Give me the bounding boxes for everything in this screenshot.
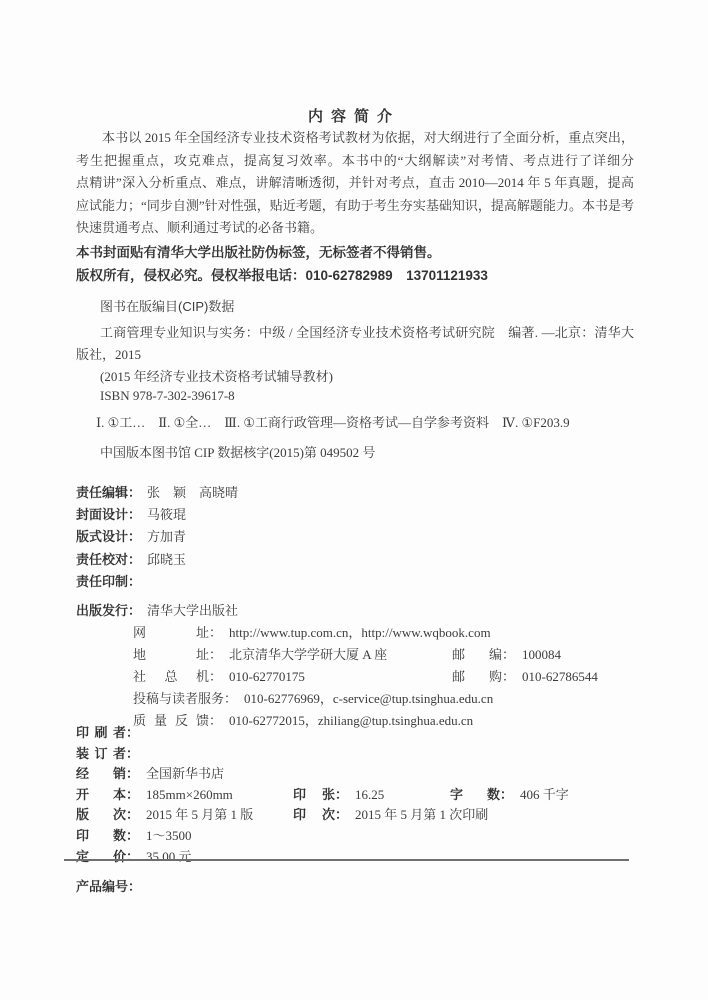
intro-line: 考生把握重点，攻克难点，提高复习效率。本书中的“大纲解读”对考情、考点进行了详细…: [76, 150, 634, 173]
colon: ：: [128, 603, 141, 618]
price-value: 35.00 元: [146, 849, 192, 864]
switchboard-label: 社总机: [133, 666, 209, 685]
colon: ：: [224, 691, 237, 706]
sheets-label: 印张: [293, 784, 335, 803]
staff-row: 责任印制：: [76, 571, 576, 593]
wordcount-label: 字数: [450, 784, 500, 803]
colon: ：: [128, 552, 141, 567]
publisher-name: 清华大学出版社: [147, 603, 238, 618]
cip-title-line: 工商管理专业知识与实务：中级 / 全国经济专业技术资格考试研究院 编著. —北京…: [76, 322, 634, 344]
copyright-line: 版权所有，侵权必究。侵权举报电话：010-62782989 1370112193…: [76, 264, 646, 287]
impression-value: 2015 年 5 月第 1 次印刷: [355, 807, 488, 822]
staff-row: 责任编辑：张 颖 高晓晴: [76, 482, 576, 504]
colon: ：: [126, 746, 139, 761]
printing-row: 印刷者：: [76, 722, 636, 743]
reader-service-value: 010-62776969，c-service@tup.tsinghua.edu.…: [244, 691, 493, 706]
postal-code-label: 邮编: [452, 644, 502, 663]
colon: ：: [126, 807, 139, 822]
cip-classification: Ⅰ. ①工… Ⅱ. ①全… Ⅲ. ①工商行政管理—资格考试—自学参考资料 Ⅳ. …: [76, 412, 634, 434]
product-code: 产品编号：: [76, 876, 141, 895]
publisher-row: 出版发行：清华大学出版社: [76, 600, 636, 622]
copyright-page: 内容简介 本书以 2015 年全国经济专业技术资格考试教材为依据，对大纲进行了全…: [0, 0, 708, 1000]
colon: ：: [128, 485, 141, 500]
publisher-block: 出版发行：清华大学出版社 网址：http://www.tup.com.cn，ht…: [76, 600, 636, 732]
cip-title-line: 版社，2015: [76, 344, 634, 366]
cip-record: 中国版本图书馆 CIP 数据核字(2015)第 049502 号: [76, 442, 634, 464]
publisher-contact-row: 社总机：010-62770175 邮购：010-62786544: [133, 666, 636, 688]
impression-col: 印次：2015 年 5 月第 1 次印刷: [293, 804, 488, 823]
mail-order-label: 邮购: [452, 666, 502, 685]
mail-order-value: 010-62786544: [522, 669, 598, 684]
printing-block: 印刷者： 装订者： 经销：全国新华书店 开本：185mm×260mm 印张：16…: [76, 722, 636, 866]
intro-title: 内容简介: [0, 105, 708, 126]
binder-label: 装订者: [76, 743, 126, 762]
staff-label: 责任校对: [76, 552, 128, 567]
cip-heading: 图书在版编目(CIP)数据: [76, 296, 634, 318]
format-label: 开本: [76, 784, 126, 803]
colon: ：: [128, 507, 141, 522]
address-value: 北京清华大学学研大厦 A 座: [229, 647, 387, 662]
cip-isbn: ISBN 978-7-302-39617-8: [76, 388, 634, 410]
distributor-label: 经销: [76, 763, 126, 782]
wordcount-col: 字数：406 千字: [450, 784, 569, 803]
publisher-contact-row: 投稿与读者服务：010-62776969，c-service@tup.tsing…: [133, 688, 636, 710]
colon: ：: [128, 574, 141, 589]
colon: ：: [126, 725, 139, 740]
colon: ：: [126, 828, 139, 843]
colon: ：: [335, 787, 348, 802]
impression-label: 印次: [293, 804, 335, 823]
sheets-value: 16.25: [355, 787, 384, 802]
edition-value: 2015 年 5 月第 1 版: [146, 807, 253, 822]
colon: ：: [126, 849, 139, 864]
colon: ：: [128, 529, 141, 544]
staff-label: 责任印制: [76, 574, 128, 589]
staff-value: 张 颖 高晓晴: [147, 485, 238, 500]
printing-row: 定价：35.00 元: [76, 846, 636, 867]
staff-row: 版式设计：方加青: [76, 526, 576, 548]
colon: ：: [500, 787, 513, 802]
postal-code: 邮编：100084: [452, 644, 561, 663]
printer-label: 印刷者: [76, 722, 126, 741]
print-run-value: 1～3500: [146, 828, 192, 843]
cip-block: 图书在版编目(CIP)数据 工商管理专业知识与实务：中级 / 全国经济专业技术资…: [76, 296, 634, 464]
printing-row: 印数：1～3500: [76, 825, 636, 846]
colon: ：: [335, 807, 348, 822]
intro-line: 本书以 2015 年全国经济专业技术资格考试教材为依据，对大纲进行了全面分析，重…: [76, 127, 634, 150]
website-value: http://www.tup.com.cn，http://www.wqbook.…: [229, 625, 491, 640]
intro-line: 快速贯通考点、顺利通过考试的必备书籍。: [76, 217, 634, 240]
printing-row: 装订者：: [76, 743, 636, 764]
colon: ：: [126, 787, 139, 802]
format-value: 185mm×260mm: [146, 787, 233, 802]
edition-label: 版次: [76, 804, 126, 823]
anti-piracy-line: 本书封面贴有清华大学出版社防伪标签，无标签者不得销售。: [76, 241, 646, 264]
cip-series: (2015 年经济专业技术资格考试辅导教材): [76, 366, 634, 388]
printing-row: 经销：全国新华书店: [76, 763, 636, 784]
product-code-label: 产品编号: [76, 879, 128, 894]
staff-value: 邱晓玉: [147, 552, 186, 567]
colon: ：: [502, 647, 515, 662]
staff-list: 责任编辑：张 颖 高晓晴 封面设计：马筱琨 版式设计：方加青 责任校对：邱晓玉 …: [76, 482, 576, 593]
sheets-col: 印张：16.25: [293, 784, 384, 803]
staff-label: 版式设计: [76, 529, 128, 544]
colon: ：: [209, 669, 222, 684]
website-label: 网址: [133, 622, 209, 641]
price-label: 定价: [76, 846, 126, 865]
intro-line: 应试能力；“同步自测”针对性强，贴近考题，有助于考生夯实基础知识，提高解题能力。…: [76, 195, 634, 218]
colon: ：: [128, 879, 141, 894]
divider-rule: [64, 859, 629, 861]
colon: ：: [126, 766, 139, 781]
printing-row: 版次：2015 年 5 月第 1 版 印次：2015 年 5 月第 1 次印刷: [76, 804, 636, 825]
colon: ：: [502, 669, 515, 684]
distributor-value: 全国新华书店: [146, 766, 224, 781]
staff-label: 责任编辑: [76, 485, 128, 500]
staff-row: 封面设计：马筱琨: [76, 504, 576, 526]
intro-paragraph: 本书以 2015 年全国经济专业技术资格考试教材为依据，对大纲进行了全面分析，重…: [76, 127, 634, 240]
switchboard-value: 010-62770175: [229, 669, 305, 684]
intro-line: 点精讲”深入分析重点、难点，讲解清晰透彻，并针对考点，直击 2010—2014 …: [76, 172, 634, 195]
print-run-label: 印数: [76, 825, 126, 844]
printing-row: 开本：185mm×260mm 印张：16.25 字数：406 千字: [76, 784, 636, 805]
publisher-contact-row: 地址：北京清华大学学研大厦 A 座 邮编：100084: [133, 644, 636, 666]
colon: ：: [209, 647, 222, 662]
staff-row: 责任校对：邱晓玉: [76, 549, 576, 571]
postal-code-value: 100084: [522, 647, 561, 662]
publisher-label: 出版发行: [76, 603, 128, 618]
staff-value: 马筱琨: [147, 507, 186, 522]
publisher-contact-row: 网址：http://www.tup.com.cn，http://www.wqbo…: [133, 622, 636, 644]
wordcount-value: 406 千字: [520, 787, 569, 802]
mail-order: 邮购：010-62786544: [452, 666, 598, 685]
staff-label: 封面设计: [76, 507, 128, 522]
anti-piracy-notice: 本书封面贴有清华大学出版社防伪标签，无标签者不得销售。 版权所有，侵权必究。侵权…: [76, 241, 646, 287]
staff-value: 方加青: [147, 529, 186, 544]
reader-service-label: 投稿与读者服务: [133, 691, 224, 706]
colon: ：: [209, 625, 222, 640]
address-label: 地址: [133, 644, 209, 663]
